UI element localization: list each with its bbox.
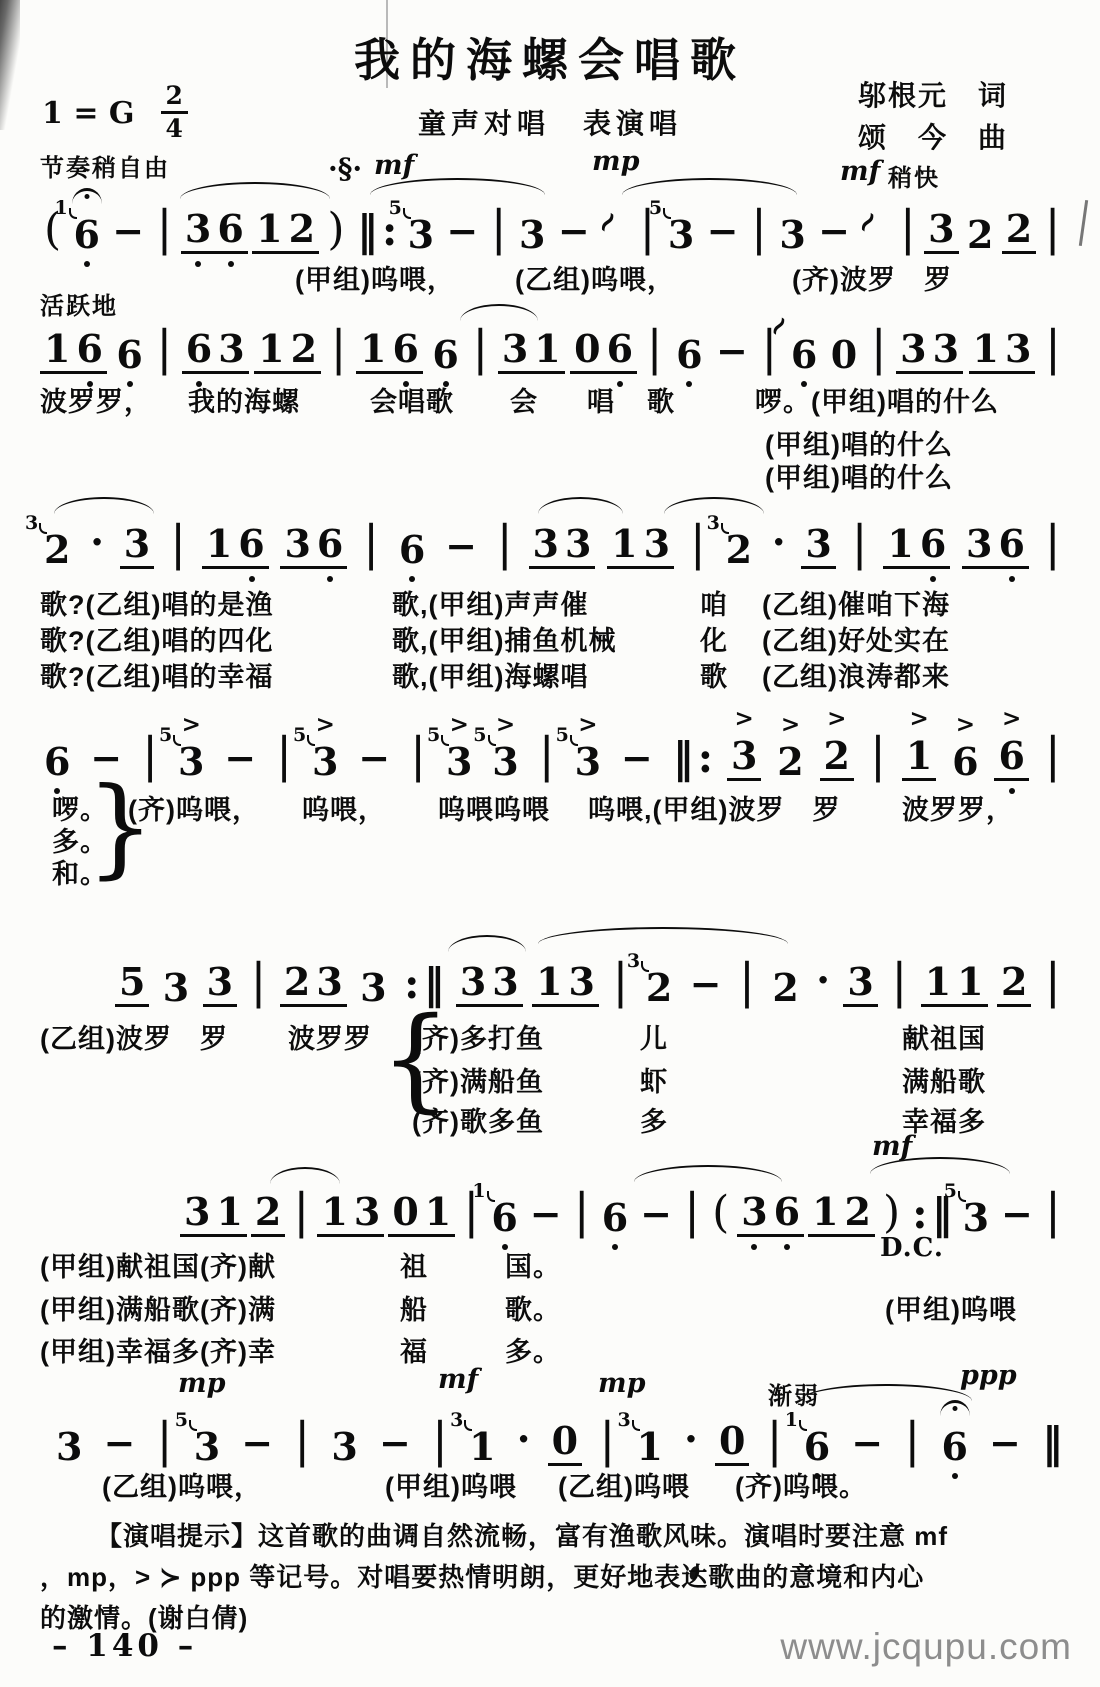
note-char: |	[571, 1187, 593, 1235]
fermata-icon	[940, 1400, 970, 1416]
note-char: |	[644, 324, 666, 372]
note-char: 1	[633, 1428, 665, 1466]
note-token: 13	[532, 963, 599, 1007]
note-char: 3	[215, 330, 247, 368]
note-char: 1	[318, 1193, 350, 1231]
grace-note: 3	[627, 952, 649, 972]
note-token: −	[108, 212, 148, 254]
lyric-segment: (齐)呜喂，	[128, 788, 260, 827]
barline: |	[1041, 731, 1065, 781]
note-token: 0	[715, 1422, 749, 1466]
lyric-segment: 歌	[700, 655, 728, 694]
barline: |	[1041, 519, 1065, 569]
note-char: 3	[930, 330, 962, 368]
low-octave-dot	[952, 1473, 958, 1479]
note-token: )	[323, 208, 348, 254]
note-token: 13	[607, 525, 674, 569]
note-token: 3	[515, 216, 549, 254]
note-char: 3	[309, 743, 341, 781]
note-token: −	[985, 1424, 1025, 1466]
note-token: 3>	[727, 737, 761, 781]
note-token: 61	[800, 1428, 834, 1466]
note-char: 3	[489, 743, 521, 781]
lyric-segment: (乙组)呜喂	[558, 1465, 690, 1504]
note-token: 12	[808, 1193, 875, 1237]
note-char: |	[360, 519, 382, 567]
note-char: 3	[1002, 330, 1034, 368]
lyric-segment: 化	[700, 619, 728, 658]
barline: |	[246, 957, 270, 1007]
note-char: 6	[390, 330, 422, 368]
note-char: 2	[774, 743, 806, 781]
tempo-marking: 稍快	[888, 158, 940, 193]
note-char: 3	[121, 525, 153, 563]
note-char: −	[998, 1195, 1036, 1233]
notes-row: 3−|35−|3−|13·0|13·0|61−|6−‖	[52, 1412, 1065, 1466]
note-token: 16	[40, 330, 107, 374]
note-token: 36	[181, 210, 248, 254]
note-char: −	[376, 1424, 414, 1462]
note-char: 2	[1003, 210, 1035, 248]
note-token: 12	[252, 210, 319, 254]
note-char: |	[1042, 324, 1064, 372]
note-token: 33	[456, 963, 523, 1007]
lyric-segment: (齐)呜喂。	[735, 1465, 867, 1504]
note-token: 33	[529, 525, 596, 569]
slur-arc	[460, 304, 538, 321]
note-char: −	[442, 527, 480, 565]
note-char: 1	[41, 330, 73, 368]
note-token: 6>	[994, 737, 1028, 781]
note-token: −	[354, 739, 394, 781]
accent-mark: >	[827, 707, 846, 730]
lyric-segment: 歌。	[505, 1288, 561, 1327]
note-char: 1	[203, 525, 235, 563]
note-char: 3	[728, 737, 760, 775]
note-token: 61	[487, 1199, 521, 1237]
note-char: 3	[530, 525, 562, 563]
composer-credit: 颂 今 曲	[858, 116, 1008, 156]
note-token: 6	[112, 336, 146, 374]
note-char: 1	[903, 737, 935, 775]
barline: |	[493, 519, 517, 569]
slur-arc	[800, 1384, 972, 1401]
barline: |	[866, 731, 890, 781]
tempo-marking: 活跃地	[40, 286, 118, 321]
note-char: ‖	[670, 737, 695, 779]
note-char: 2	[288, 330, 320, 368]
note-char: 2	[286, 210, 318, 248]
barline: |	[1041, 324, 1065, 374]
note-token: 6	[937, 1428, 971, 1466]
note-char: 1	[531, 330, 563, 368]
accent-mark: >	[1002, 707, 1021, 730]
note-char: 3	[313, 963, 345, 1001]
note-token: 3	[203, 963, 237, 1007]
note-token: −	[526, 1195, 566, 1237]
note-char: 3	[181, 1193, 213, 1231]
barline: |	[595, 1416, 619, 1466]
dynamic-marking: mf	[438, 1364, 478, 1395]
grace-note: 3	[25, 514, 47, 534]
barline: |	[747, 204, 771, 254]
page-number: – 140 –	[52, 1628, 197, 1664]
note-char: 3	[665, 216, 697, 254]
note-char: |	[290, 1187, 312, 1235]
lyric-segment: (齐)多打鱼	[412, 1017, 544, 1056]
note-char: 3	[897, 330, 929, 368]
note-char: 1	[809, 1193, 841, 1231]
note-char: 1	[884, 525, 916, 563]
note-char: |	[327, 324, 349, 372]
note-char: |	[536, 731, 558, 779]
accent-mark: >	[909, 707, 928, 730]
lyric-segment: 虾	[640, 1060, 668, 1099]
lyric-segment: 会	[510, 380, 538, 419]
music-system-4: 6−|35>−|35>−|35>35>|35>−‖:3>2>2>|1>6>6>|…	[40, 727, 1065, 902]
note-token: 35>	[571, 743, 605, 781]
barline: |	[896, 204, 920, 254]
dynamic-marking: mf	[872, 1131, 912, 1162]
note-char: |	[687, 519, 709, 567]
lyric-segment: 幸福多	[902, 1100, 986, 1139]
note-char: |	[748, 204, 770, 252]
note-token: −	[100, 1424, 140, 1466]
slur-arc	[538, 927, 788, 944]
barline: |	[900, 1416, 924, 1466]
note-token: −	[617, 739, 657, 781]
note-token: 16	[883, 525, 950, 569]
barline: |	[763, 1416, 787, 1466]
note-token: 6~	[787, 336, 821, 374]
lyric-segment: 歌	[647, 380, 675, 419]
dynamic-marking: mp	[178, 1368, 225, 1399]
lyric-segment: (乙组)催咱下海	[762, 583, 950, 622]
low-octave-dot	[409, 576, 415, 582]
note-char: 2	[643, 969, 675, 1007]
note-token: 2	[997, 963, 1031, 1007]
low-octave-dot	[1009, 576, 1015, 582]
note-char: 2	[723, 531, 755, 569]
note-char: 2	[964, 216, 996, 254]
notes-row: 533|233:‖3313|23−|2·3|112|	[115, 953, 1065, 1007]
note-char: 1	[466, 1428, 498, 1466]
note-char: 1	[954, 963, 986, 1001]
note-char: 6	[429, 336, 461, 374]
note-token: 2>	[820, 737, 854, 781]
barline: |	[570, 1187, 594, 1237]
lyric-segment: (齐)歌多鱼	[412, 1100, 544, 1139]
note-token: 13	[465, 1428, 499, 1466]
note-char: −	[687, 965, 725, 1003]
note-char: |	[764, 1416, 786, 1464]
note-char: −	[618, 739, 656, 777]
note-token: −	[712, 332, 752, 374]
note-char: 3	[562, 525, 594, 563]
ink-speck	[1079, 200, 1088, 246]
grace-note: 5	[427, 726, 449, 746]
note-token: ·	[768, 523, 790, 569]
barline: |	[290, 1416, 314, 1466]
note-token: 6	[672, 336, 706, 374]
barline: |	[326, 324, 350, 374]
note-char: 6	[801, 1428, 833, 1466]
note-char: 6	[314, 525, 346, 563]
note-char: :	[909, 1193, 929, 1235]
note-char: 2	[842, 1193, 874, 1231]
barline: |	[643, 324, 667, 374]
note-char: 3	[776, 216, 808, 254]
note-token: −	[442, 212, 482, 254]
accent-mark: >	[316, 713, 335, 736]
segno-icon: ·§·	[328, 152, 362, 185]
notes-row: 23·3|1636|6−|3313|23·3|1636|	[40, 515, 1065, 569]
note-char: 3	[489, 963, 521, 1001]
grace-note: 3	[707, 514, 729, 534]
low-octave-dot	[84, 261, 90, 267]
lyric-segment: 呜喂，	[302, 788, 386, 827]
note-char: |	[407, 731, 429, 779]
note-char: |	[849, 519, 871, 567]
performance-note-line-2: ，mp，> ≻ ppp 等记号。对唱要热情明朗，更好地表达歌曲的意境和内心	[40, 1557, 1070, 1594]
low-octave-dot	[327, 576, 333, 582]
lyric-segment: 会唱歌	[370, 380, 454, 419]
note-token: 36	[962, 525, 1029, 569]
note-char: −	[637, 1195, 675, 1233]
note-char: −	[704, 212, 742, 250]
note-char: 6	[113, 336, 145, 374]
lyric-segment: 和。	[52, 852, 108, 891]
fermata-icon	[72, 188, 102, 204]
note-char: −	[109, 212, 147, 250]
note-token: 36	[737, 1193, 804, 1237]
barline: |	[428, 1416, 452, 1466]
note-char: |	[681, 1187, 703, 1235]
note-char: |	[901, 1416, 923, 1464]
lyric-segment: (乙组)好处实在	[762, 619, 950, 658]
note-char: 0	[828, 336, 860, 374]
note-char: |	[897, 204, 919, 252]
note-char: −	[221, 739, 259, 777]
barline: |	[166, 519, 190, 569]
accent-mark: >	[578, 713, 597, 736]
slur-arc	[180, 182, 330, 199]
performance-note-line-1: 【演唱提示】这首歌的曲调自然流畅，富有渔歌风味。演唱时要注意 mf	[40, 1516, 1070, 1553]
note-char: 6	[938, 1428, 970, 1466]
note-token: 63	[182, 330, 249, 374]
accent-mark: >	[450, 713, 469, 736]
note-token: 0	[827, 336, 861, 374]
note-char: −	[555, 212, 593, 250]
note-char: 6	[214, 210, 246, 248]
low-octave-dot	[686, 381, 692, 387]
grace-note: 5	[389, 199, 411, 219]
note-char: |	[469, 324, 491, 372]
notes-row: 166|6312|166|3106|6−|6~0|3313|	[40, 320, 1065, 374]
note-char: 3	[443, 743, 475, 781]
note-char: |	[736, 957, 758, 1005]
note-char: 3	[328, 1428, 360, 1466]
note-token: 3	[843, 963, 877, 1007]
lyric-segment: 歌?(乙组)唱的是渔	[40, 583, 273, 622]
sheet-music-page: 我的海螺会唱歌 1 = G24 童声对唱 表演唱 邬根元 词 颂 今 曲 节奏稍…	[0, 0, 1100, 1687]
note-token: 12	[254, 330, 321, 374]
note-char: 3	[499, 330, 531, 368]
note-char: 6	[41, 743, 73, 781]
note-char: 3	[960, 1199, 992, 1237]
note-token: (	[708, 1191, 733, 1237]
lyric-segment: (齐)满船鱼	[412, 1060, 544, 1099]
note-char: −	[355, 739, 393, 777]
note-char: |	[1042, 1187, 1064, 1235]
note-token: −	[636, 1195, 676, 1237]
repeat-sign: ‖	[1038, 1422, 1065, 1466]
note-char: 6	[949, 743, 981, 781]
grace-note: 5	[473, 726, 495, 746]
note-char: ·	[87, 523, 107, 563]
lyric-segment: 歌,(甲组)声声催	[392, 583, 588, 622]
note-char: 6	[183, 330, 215, 368]
note-char: |	[167, 519, 189, 567]
note-token: 6	[428, 336, 462, 374]
note-token: 3	[52, 1428, 86, 1466]
note-char: )	[880, 1191, 903, 1235]
note-char: |	[1042, 519, 1064, 567]
lyric-segment: 福	[400, 1330, 428, 1369]
lyric-segment: 啰。(甲组)唱的什么	[755, 380, 999, 419]
note-char: |	[429, 1416, 451, 1464]
lyric-segment: (甲组)满船歌(齐)满	[40, 1288, 276, 1327]
note-token: −	[703, 212, 743, 254]
note-token: 3	[120, 525, 154, 569]
note-char: 6	[599, 1199, 631, 1237]
note-char: |	[1041, 204, 1063, 252]
dynamic-marking: mf	[840, 156, 880, 187]
note-token: 3	[159, 969, 193, 1007]
note-char: |	[273, 731, 295, 779]
note-char: |	[153, 204, 175, 252]
note-char: ·	[769, 523, 789, 563]
music-system-3: 23·3|1636|6−|3313|23·3|1636|歌?(乙组)唱的是渔歌,…	[40, 515, 1065, 705]
grace-note: 3	[450, 1411, 472, 1431]
dynamic-marking: ppp	[960, 1360, 1017, 1391]
note-char: 3	[53, 1428, 85, 1466]
low-octave-dot	[784, 1244, 790, 1250]
note-char: 2	[998, 963, 1030, 1001]
barline: |	[152, 1416, 176, 1466]
tempo-marking: 节奏稍自由	[40, 148, 170, 183]
lyric-segment: 我的海螺	[188, 380, 300, 419]
note-char: 3	[925, 210, 957, 248]
note-char: −	[443, 212, 481, 250]
note-token: )	[879, 1191, 904, 1237]
note-char: 6	[488, 1199, 520, 1237]
lyric-segment: (乙组)呜喂，	[102, 1465, 262, 1504]
lyric-segment: 祖	[400, 1245, 428, 1284]
note-token: −	[441, 527, 481, 569]
barline: |	[680, 1187, 704, 1237]
note-char: 6	[70, 216, 102, 254]
note-char: 0	[389, 1193, 421, 1231]
lyric-segment: 歌?(乙组)唱的幸福	[40, 655, 273, 694]
note-token: 33	[896, 330, 963, 374]
note-token: 2	[251, 1193, 285, 1237]
note-char: 1	[608, 525, 640, 563]
barline: |	[887, 957, 911, 1007]
dynamic-marking: mp	[598, 1368, 645, 1399]
lyric-segment: 歌,(甲组)海螺唱	[392, 655, 588, 694]
note-char: −	[101, 1424, 139, 1462]
note-char: 2	[252, 1193, 284, 1231]
barline: |	[735, 957, 759, 1007]
note-char: −	[527, 1195, 565, 1233]
note-char: 3	[963, 525, 995, 563]
note-token: 13	[969, 330, 1036, 374]
note-char: 3	[802, 525, 834, 563]
note-char: 3	[281, 525, 313, 563]
note-token: 61	[69, 216, 103, 254]
barline: |	[1041, 957, 1065, 1007]
note-token: 3	[924, 210, 958, 254]
note-token: 35	[404, 216, 438, 254]
note-token: 0	[548, 1422, 582, 1466]
note-token: ·	[812, 961, 834, 1007]
lyric-segment: 呜喂呜喂	[438, 788, 550, 827]
note-char: 6	[995, 525, 1027, 563]
slur-arc	[270, 1167, 340, 1184]
note-char: −	[238, 1424, 276, 1462]
note-char: |	[1042, 731, 1064, 779]
note-char: 5	[116, 963, 148, 1001]
note-token: 16	[202, 525, 269, 569]
lyric-segment: (甲组)幸福多(齐)幸	[40, 1330, 276, 1369]
lyric-segment: 国。	[505, 1245, 561, 1284]
note-char: 2	[821, 737, 853, 775]
note-token: 23	[642, 969, 676, 1007]
repeat-sign: ‖:	[669, 737, 716, 781]
grace-note: 5	[556, 726, 578, 746]
lyric-segment: 波罗罗，	[40, 380, 152, 419]
lyric-segment: 歌,(甲组)捕鱼机械	[392, 619, 616, 658]
note-token: 35>	[174, 743, 208, 781]
lyric-segment: (乙组)呜喂，	[515, 258, 675, 297]
note-char: 3	[738, 1193, 770, 1231]
note-char: 6	[73, 330, 105, 368]
lyric-segment: 歌?(乙组)唱的四化	[40, 619, 273, 658]
note-char: 3	[566, 963, 598, 1001]
low-octave-dot	[617, 381, 623, 387]
note-char: 1	[213, 1193, 245, 1231]
watermark-url: www.jcqupu.com	[780, 1626, 1072, 1668]
note-char: 3	[457, 963, 489, 1001]
note-token: 35	[959, 1199, 993, 1237]
grace-note: 1	[472, 1182, 494, 1202]
note-char: :	[695, 737, 715, 779]
note-token: ·	[513, 1420, 535, 1466]
note-char: −	[986, 1424, 1024, 1462]
note-char: 3	[405, 216, 437, 254]
note-token: 3	[801, 525, 835, 569]
note-token: 35	[664, 216, 698, 254]
lyricist-credit: 邬根元 词	[858, 74, 1008, 114]
note-token: 23	[40, 531, 74, 569]
note-char: 0	[549, 1422, 581, 1460]
note-char: |	[596, 1416, 618, 1464]
barline: |	[1041, 1187, 1065, 1237]
note-token: −	[220, 739, 260, 781]
grace-note: 5	[159, 726, 181, 746]
music-system-1: 节奏稍自由·§·mfmpmf稍快(61−|3612)‖:35−|3−~|35−|…	[40, 200, 1065, 305]
